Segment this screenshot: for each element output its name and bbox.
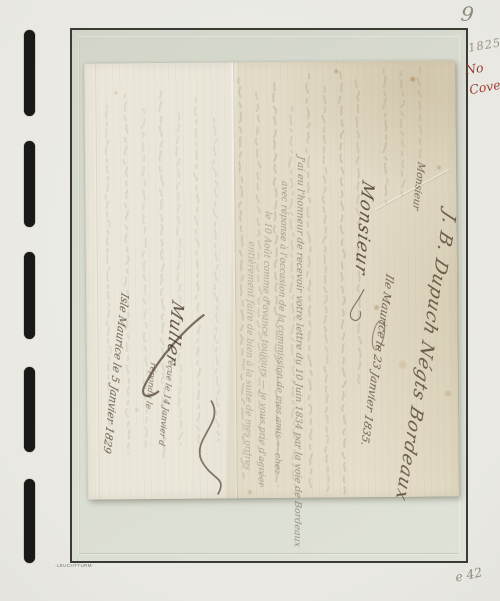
red-pencil-no-annotation: No bbox=[464, 60, 484, 77]
binder-hole-mark bbox=[24, 141, 35, 227]
docket-swash bbox=[199, 400, 221, 494]
red-pencil-cover-annotation: Cover bbox=[468, 76, 500, 97]
salutation-tail-flourish bbox=[350, 289, 364, 320]
pencil-year-annotation: 1825 bbox=[467, 35, 500, 55]
pencil-code-annotation: e 42 bbox=[454, 564, 484, 584]
binder-hole-mark bbox=[24, 479, 35, 563]
pencil-number-annotation: 9 bbox=[460, 1, 475, 26]
binder-hole-mark bbox=[24, 30, 35, 116]
folded-letter: Monsieur J. B. Dupuch Négts Bordeaux Ile… bbox=[84, 60, 459, 499]
binder-hole-mark bbox=[24, 252, 35, 339]
binder-hole-mark bbox=[24, 367, 35, 452]
leuchtturm-imprint: ·LEUCHTTURM· bbox=[55, 563, 94, 568]
